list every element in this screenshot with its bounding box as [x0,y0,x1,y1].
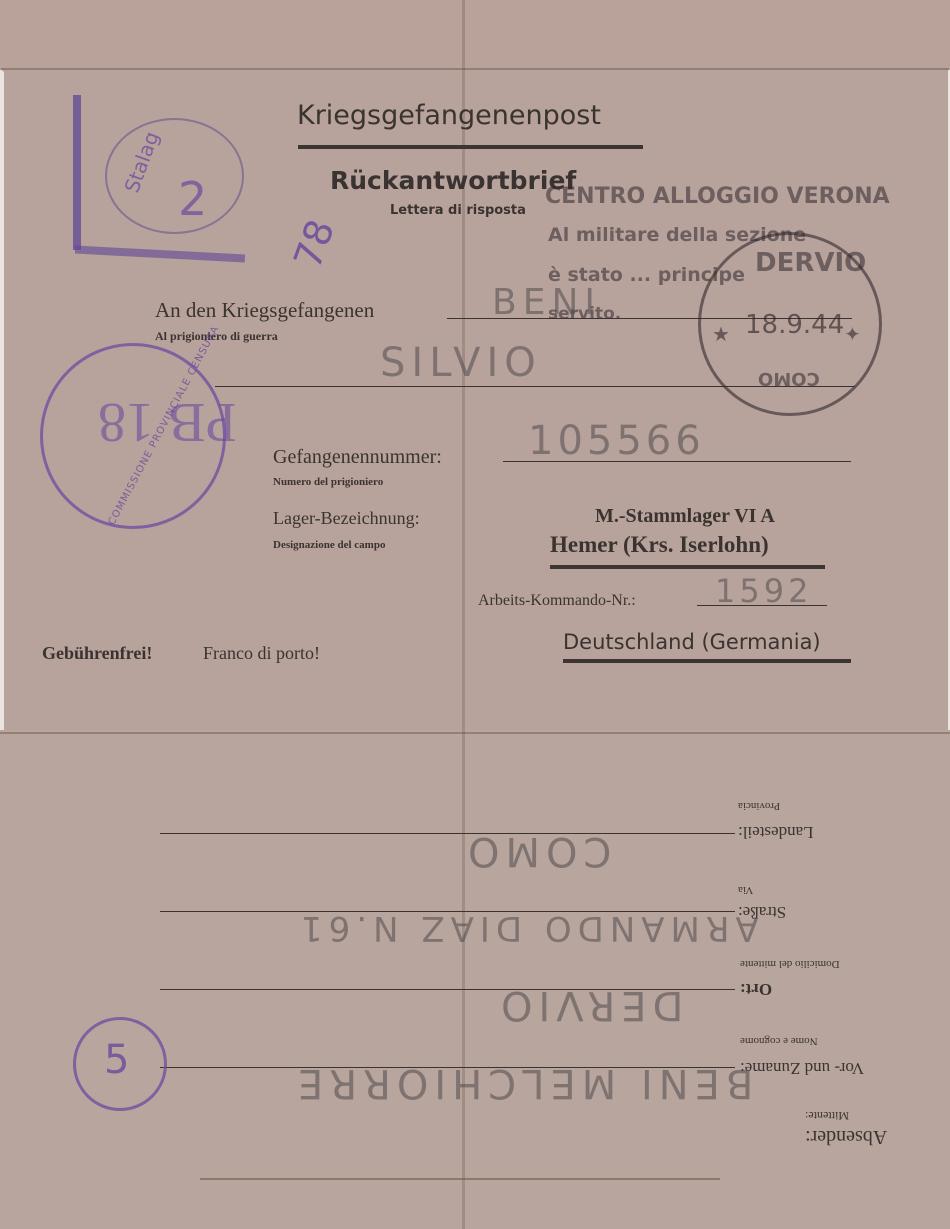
place-label-it: Domicilio del mittente [740,958,840,970]
name-label-it: Nome e cognome [740,1035,818,1047]
camp-underline [550,565,825,569]
subtitle-de: Rückantwortbrief [330,166,576,195]
subtitle-it: Lettera di risposta [390,203,526,218]
recipient-surname: BENI [492,282,601,323]
prisoner-number-value: 105566 [528,418,705,464]
province-label-it: Provincia [738,800,780,812]
fold-line-top [0,68,950,70]
absender-label-it: Mittente: [805,1108,849,1123]
postmark-star-left-icon: ★ [712,322,730,346]
country-underline [563,659,851,663]
camp-line2: Hemer (Krs. Iserlohn) [550,532,769,558]
postmark-date: 18.9.44 [745,310,844,340]
province-value: COMO [462,828,611,874]
stalag-bracket-left [73,95,81,250]
place-value: DERVIO [495,982,683,1028]
recipient-label-de: An den Kriegsgefangenen [155,298,374,323]
tear-line [200,1178,720,1180]
camp-label-it: Designazione del campo [273,539,385,551]
name-value: BENI MELCHIORRE [292,1060,753,1106]
postage-free-de: Gebührenfrei! [42,643,152,664]
work-command-label: Arbeits-Kommando-Nr.: [478,592,636,610]
fold-line-middle [0,732,950,734]
camp-label-de: Lager-Bezeichnung: [273,508,420,529]
postmark-province: COMO [758,368,820,389]
street-label-it: Via [738,884,753,896]
prisoner-number-label-it: Numero del prigioniero [273,476,383,488]
recipient-firstname: SILVIO [380,340,542,386]
stalag-stamp-number: 2 [178,172,207,226]
postmark-town: DERVIO [755,248,866,278]
province-line [160,833,735,834]
name-label-de: Vor- und Zuname: [740,1058,864,1078]
province-label-de: Landesteil: [738,822,814,842]
notice-line1: CENTRO ALLOGGIO VERONA [545,184,890,209]
sender-panel [0,730,950,1229]
work-command-value: 1592 [715,572,812,610]
street-value: ARMANDO DIAZ N.61 [295,908,759,948]
country: Deutschland (Germania) [563,630,821,654]
place-label-de: Ort: [740,979,772,999]
absender-label-de: Absender: [805,1125,887,1148]
circle-5-number: 5 [104,1037,129,1083]
postage-free-it: Franco di porto! [203,643,320,664]
prisoner-number-label-de: Gefangenennummer: [273,446,442,469]
header-title: Kriegsgefangenenpost [297,100,601,131]
postmark-star-right-icon: ✦ [844,322,861,346]
camp-line1: M.-Stammlager VI A [595,505,775,528]
header-underline [298,145,643,149]
top-flap [0,0,950,72]
censor-center: PB 18 [98,390,237,454]
